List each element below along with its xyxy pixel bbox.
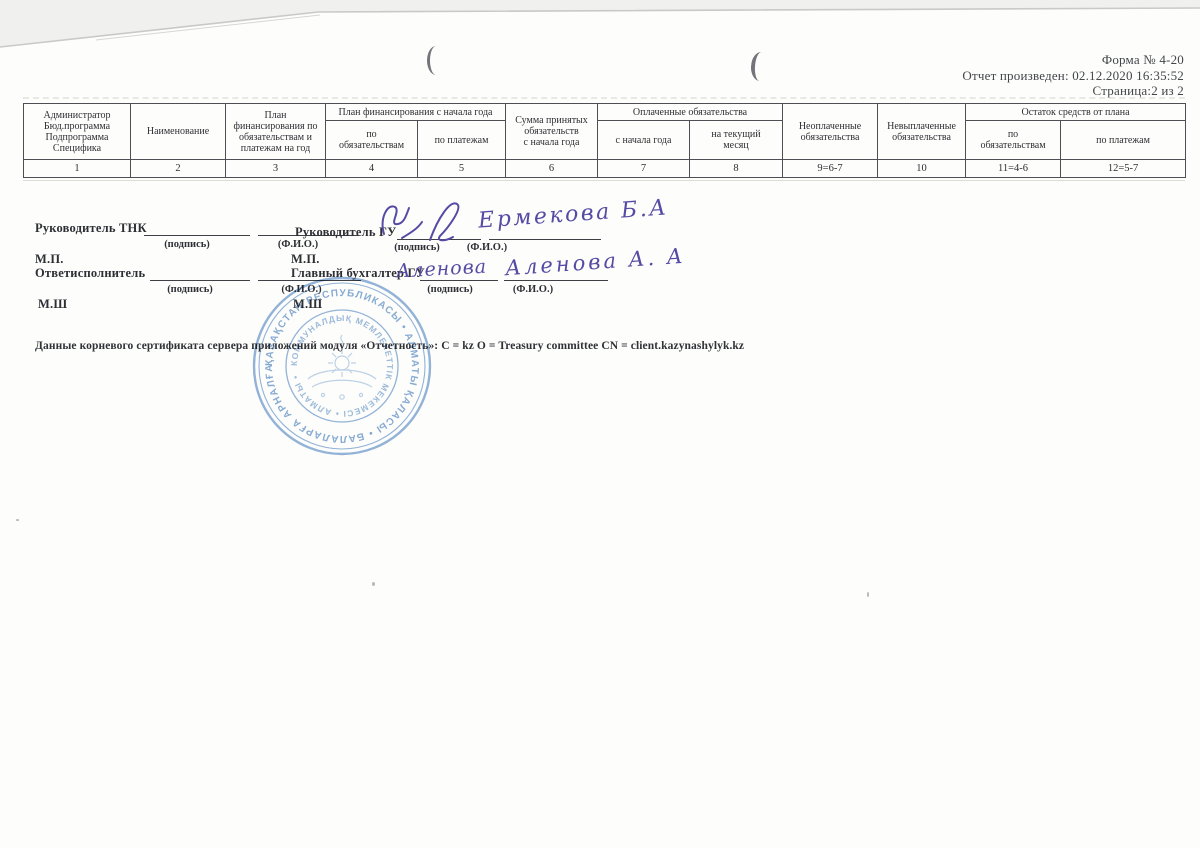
name-caption: (Ф.И.О.) <box>248 239 348 250</box>
col-number: 3 <box>226 160 326 178</box>
punch-hole-shadow-icon <box>750 51 771 81</box>
paper-edge <box>0 0 1200 60</box>
form-number: Форма № 4-20 <box>962 52 1184 68</box>
name-caption: (Ф.И.О.) <box>488 284 578 295</box>
col-header-undisbursed-obligations: Невыплаченные обязательства <box>878 104 966 160</box>
sign-caption: (подпись) <box>140 284 240 295</box>
col-header-accepted-obligations: Сумма принятых обязательств с начала год… <box>506 104 598 160</box>
col-number: 6 <box>506 160 598 178</box>
col-number: 10 <box>878 160 966 178</box>
seal-place-label: М.П. <box>35 252 64 267</box>
svg-text:КОММУНАЛДЫҚ МЕМЛЕКЕТТІК МЕКЕМЕ: КОММУНАЛДЫҚ МЕМЛЕКЕТТІК МЕКЕМЕСІ • АЛМАТ… <box>289 313 395 419</box>
col-number: 7 <box>598 160 690 178</box>
col-number: 8 <box>690 160 783 178</box>
signature-blank <box>144 221 250 236</box>
col-number: 2 <box>131 160 226 178</box>
executor-label: Ответисполнитель <box>35 266 145 281</box>
group-header-paid-obligations: Оплаченные обязательства <box>598 104 783 121</box>
scan-ghost-line <box>23 97 1185 99</box>
col-number: 4 <box>326 160 418 178</box>
col-header-plan-year: План финансирования по обязательствам и … <box>226 104 326 160</box>
scan-ghost-line <box>23 180 1185 181</box>
head-signature-flourish <box>378 198 483 246</box>
head-tnk-label: Руководитель ТНК <box>35 221 147 236</box>
col-number: 9=6-7 <box>783 160 878 178</box>
signature-blank <box>150 266 250 281</box>
stamp-inner-ring-text: КОММУНАЛДЫҚ МЕМЛЕКЕТТІК МЕКЕМЕСІ • АЛМАТ… <box>289 313 395 419</box>
scan-speck <box>16 519 19 521</box>
col-header-by-obligations: по обязательствам <box>326 121 418 160</box>
scan-speck <box>867 592 869 597</box>
scanned-document-page: Форма № 4-20 Отчет произведен: 02.12.202… <box>0 0 1200 848</box>
col-header-name: Наименование <box>131 104 226 160</box>
stamp-emblem-icon <box>308 335 376 399</box>
sign-caption: (подпись) <box>134 239 240 250</box>
group-header-remaining-funds: Остаток средств от плана <box>966 104 1186 121</box>
col-header-remaining-by-obligations: по обязательствам <box>966 121 1061 160</box>
col-number: 1 <box>24 160 131 178</box>
col-header-unpaid-obligations: Неоплаченные обязательства <box>783 104 878 160</box>
col-number: 11=4-6 <box>966 160 1061 178</box>
group-header-plan-since-start: План финансирования с начала года <box>326 104 506 121</box>
stamp-place-label: М.Ш <box>38 297 67 312</box>
seal-place-label: М.П. <box>291 252 320 267</box>
scan-speck <box>372 582 375 586</box>
official-round-stamp: ҚАЗАҚСТАН РЕСПУБЛИКАСЫ • АЛМАТЫ ҚАЛАСЫ •… <box>251 275 433 457</box>
col-header-remaining-by-payments: по платежам <box>1061 121 1186 160</box>
punch-hole-shadow-icon <box>427 46 445 75</box>
col-header-current-month: на текущий месяц <box>690 121 783 160</box>
col-header-since-year-start: с начала года <box>598 121 690 160</box>
report-meta: Форма № 4-20 Отчет произведен: 02.12.202… <box>962 52 1184 99</box>
generated-timestamp: Отчет произведен: 02.12.2020 16:35:52 <box>962 68 1184 84</box>
report-table: Администратор Бюд.программа Подпрограмма… <box>23 103 1185 178</box>
col-number: 5 <box>418 160 506 178</box>
col-number: 12=5-7 <box>1061 160 1186 178</box>
col-header-by-payments: по платежам <box>418 121 506 160</box>
col-header-administrator: Администратор Бюд.программа Подпрограмма… <box>24 104 131 160</box>
